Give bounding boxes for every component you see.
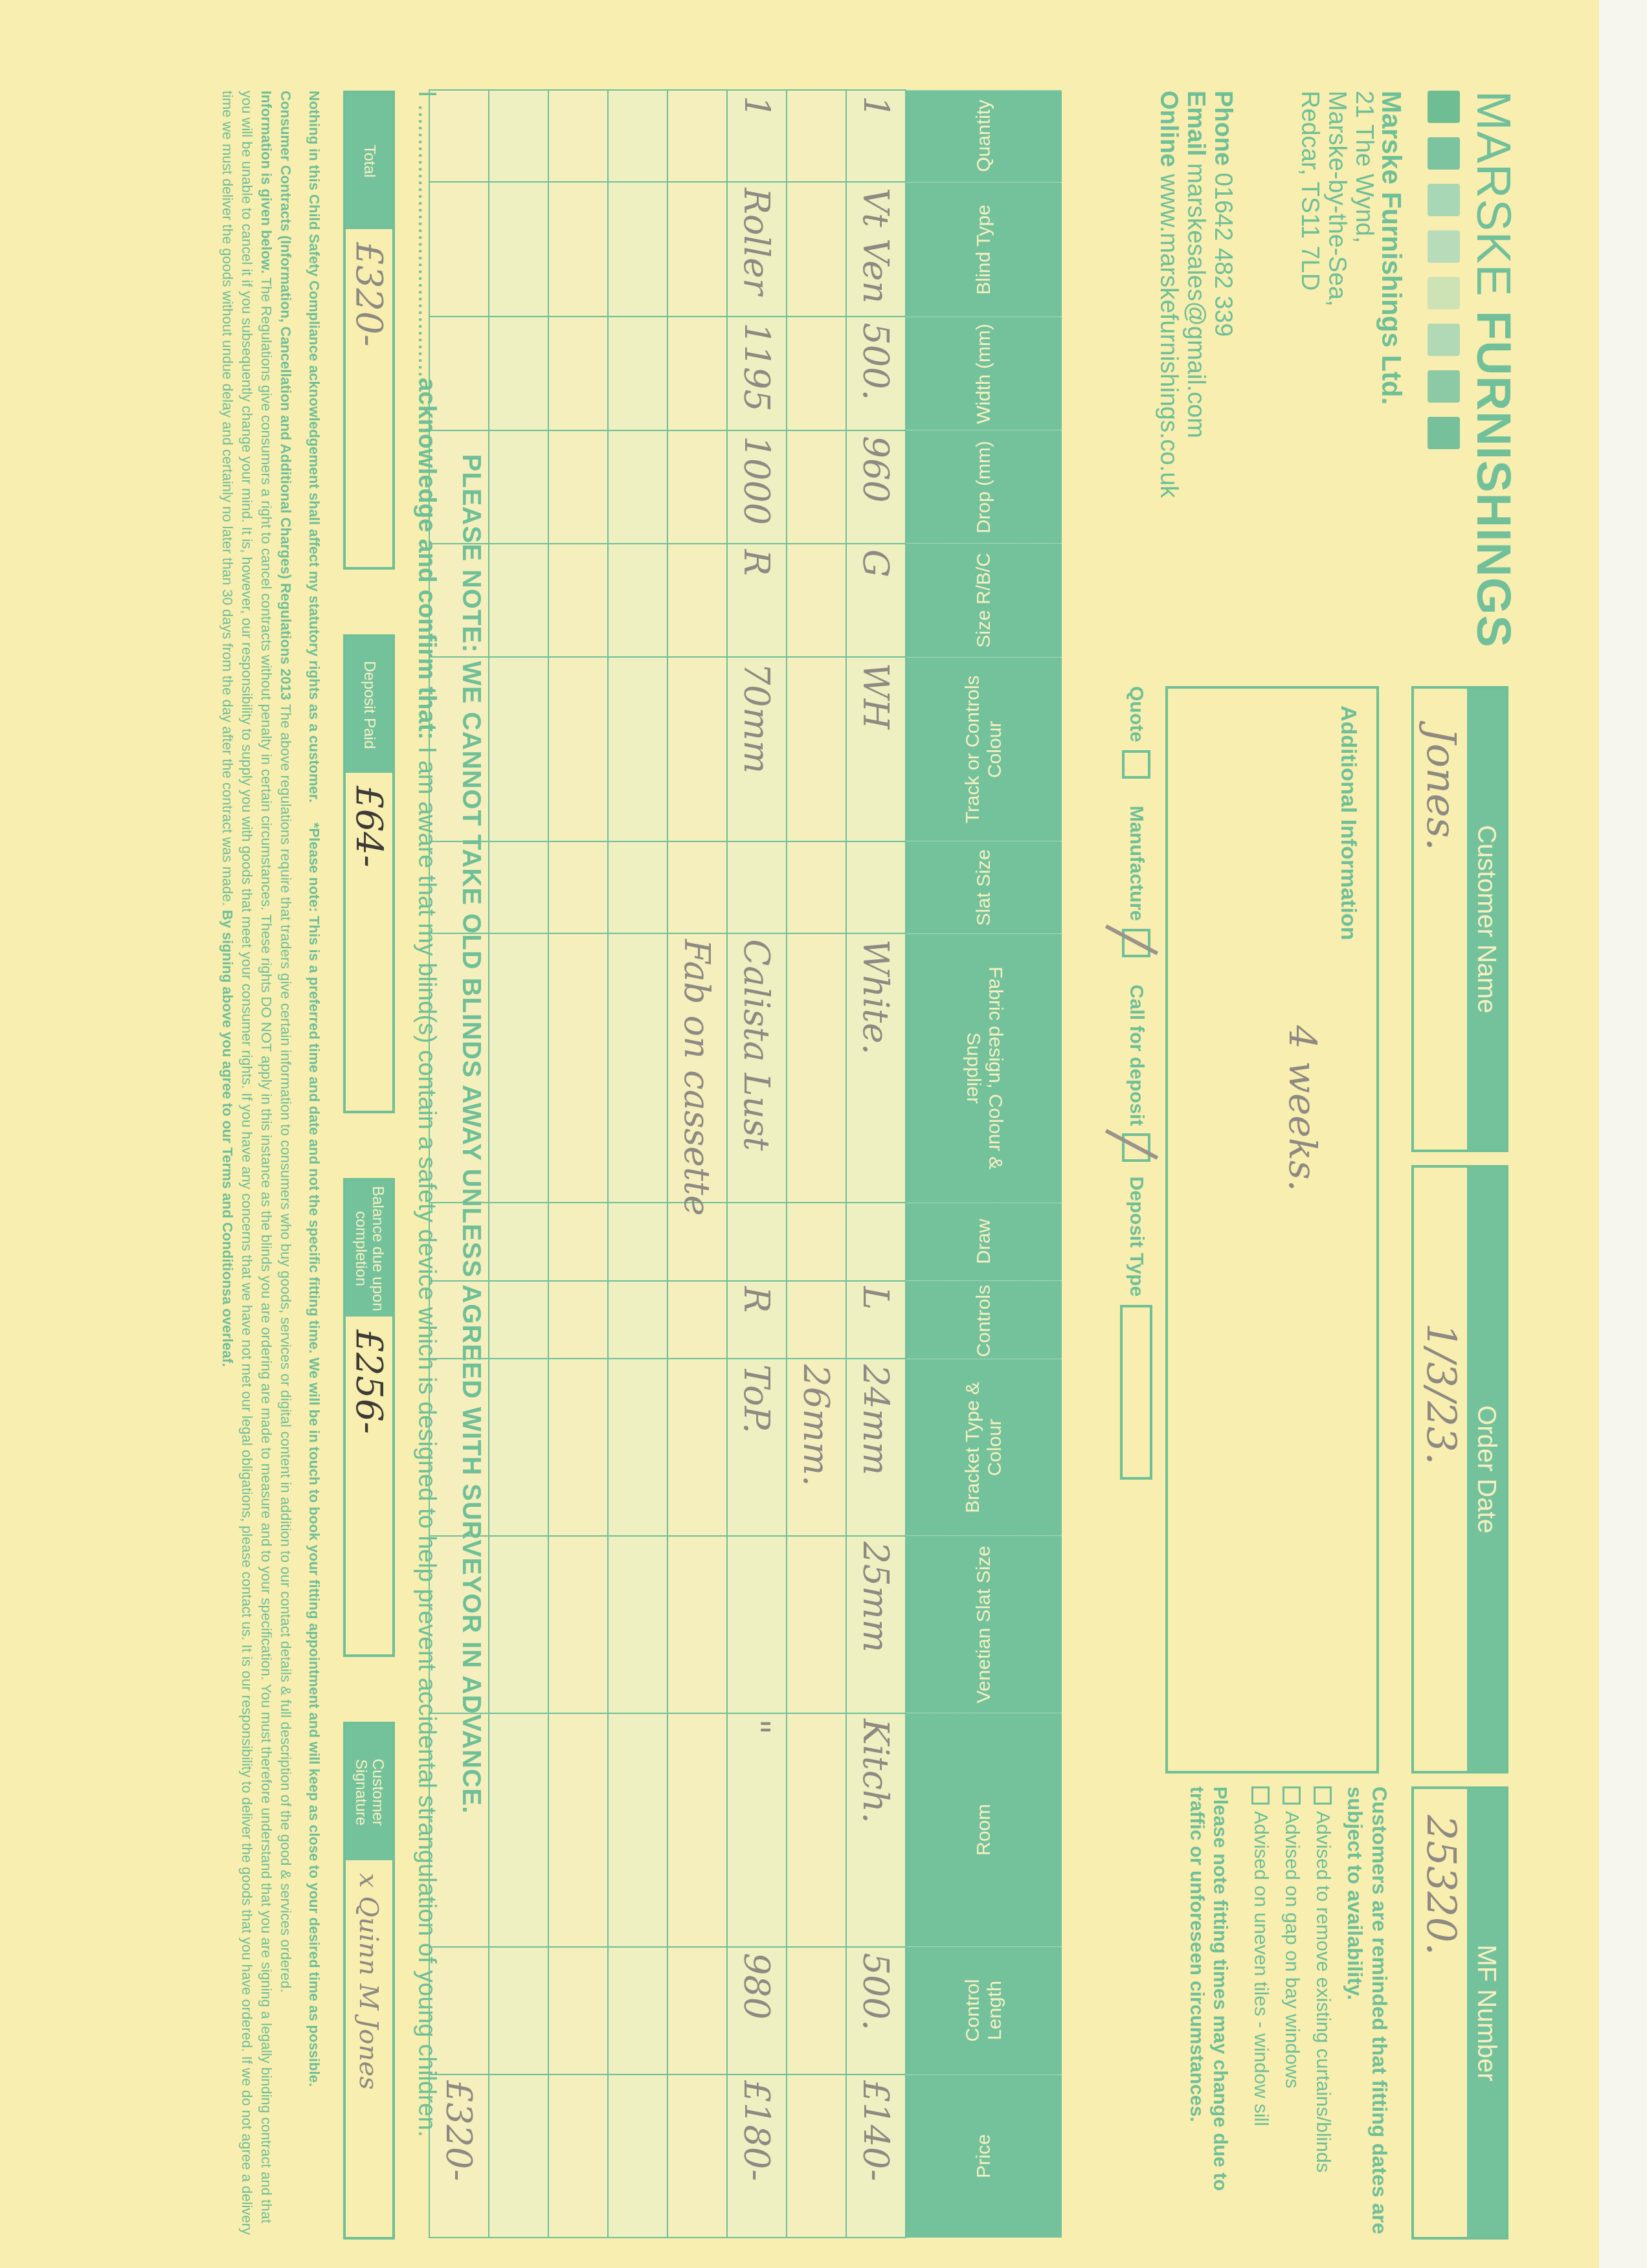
column-header-label: Price — [973, 2134, 995, 2178]
acknowledge-heading: acknowledge and confirm that: — [413, 377, 440, 740]
table-cell[interactable] — [548, 2074, 608, 2238]
table-cell[interactable]: WH — [846, 657, 906, 841]
table-cell[interactable] — [667, 1713, 727, 1947]
customer-name-label: Customer Name — [1467, 689, 1506, 1150]
deposit-paid-field[interactable]: Deposit Paid £64- — [343, 634, 395, 1113]
information-heading: Information is given below. — [258, 91, 274, 274]
manufacture-label: Manufacture — [1125, 806, 1147, 921]
table-cell[interactable] — [608, 182, 667, 317]
table-cell[interactable] — [846, 1203, 906, 1280]
call-for-deposit-label: Call for deposit — [1125, 984, 1147, 1126]
table-cell[interactable]: 25mm — [846, 1536, 906, 1713]
column-header: Price — [906, 2074, 1062, 2238]
table-cell[interactable]: 1 — [727, 90, 787, 182]
table-cell[interactable]: £180- — [727, 2074, 787, 2238]
table-cell[interactable] — [548, 1281, 608, 1359]
table-cell[interactable]: Fab on cassette — [667, 933, 727, 1203]
manufacture-checkbox[interactable] — [1122, 929, 1150, 957]
address-line: Marske-by-the-Sea, — [1323, 91, 1350, 405]
table-cell[interactable] — [608, 430, 667, 544]
swirl-swatch-icon — [1428, 417, 1460, 449]
order-date-value: 1/3/23. — [1415, 1168, 1467, 1771]
table-cell[interactable]: Calista Lust — [727, 933, 787, 1203]
column-header: Venetian Slat Size — [906, 1536, 1062, 1713]
table-cell[interactable]: R — [727, 544, 787, 657]
column-header-label: Track or Controls Colour — [962, 661, 1006, 838]
order-form: MARSKE FURNISHINGS Marske Furnishings Lt… — [0, 0, 1599, 2268]
table-body: 1Vt Ven500.960GWHWhite.L24mm25mmKitch.50… — [429, 90, 906, 2238]
regulations-title: Consumer Contracts (Information, Cancell… — [278, 91, 294, 700]
column-header: Control Length — [906, 1947, 1062, 2074]
quote-checkbox[interactable] — [1122, 750, 1150, 779]
advice-item[interactable]: Advised on uneven tiles - window sill — [1249, 1786, 1272, 2240]
table-cell[interactable]: 26mm. — [787, 1359, 846, 1536]
table-cell[interactable] — [727, 1536, 787, 1713]
fitting-times-note: Please note fitting times may change due… — [1185, 1786, 1231, 2240]
table-cell[interactable] — [489, 1281, 548, 1359]
table-cell[interactable] — [667, 1536, 727, 1713]
table-cell[interactable] — [548, 430, 608, 544]
quote-label: Quote — [1125, 686, 1147, 742]
column-header-label: Venetian Slat Size — [973, 1546, 995, 1704]
order-status-checks: Quote Manufacture Call for deposit Depos… — [1120, 686, 1152, 1480]
table-cell[interactable] — [787, 1203, 846, 1280]
table-cell[interactable] — [846, 841, 906, 933]
column-header-label: Size R/B/C — [973, 553, 995, 648]
fabric-swatch-icon — [1428, 324, 1460, 356]
call-for-deposit-checkbox[interactable] — [1122, 1133, 1150, 1162]
table-cell[interactable] — [787, 1281, 846, 1359]
table-cell[interactable] — [787, 1536, 846, 1713]
column-header-label: Bracket Type & Colour — [962, 1363, 1006, 1532]
customer-signature-value: x Quinn M Jones — [346, 1860, 392, 2237]
table-cell[interactable] — [489, 1947, 548, 2074]
mf-number-value: 25320. — [1415, 1789, 1467, 2237]
regulations-text: The above regulations require that trade… — [278, 704, 294, 1992]
table-cell[interactable] — [548, 933, 608, 1203]
table-cell[interactable]: 500. — [846, 317, 906, 430]
column-header-label: Controls — [973, 1285, 995, 1357]
advice-item[interactable]: Advised to remove existing curtains/blin… — [1312, 1786, 1334, 2240]
table-cell[interactable] — [489, 1713, 548, 1947]
table-cell[interactable] — [787, 657, 846, 841]
table-cell[interactable] — [667, 2074, 727, 2238]
fabric-swatch-icon — [1428, 137, 1460, 170]
table-cell[interactable] — [608, 1281, 667, 1359]
table-cell[interactable] — [489, 1536, 548, 1713]
table-row — [489, 90, 548, 2238]
advice-checkbox[interactable] — [1283, 1786, 1301, 1805]
acknowledge-text: I am aware that my blind(s) contain a sa… — [413, 747, 440, 2137]
deposit-paid-value: £64- — [346, 773, 392, 1111]
column-header: Fabric design, Colour & Supplier — [906, 933, 1062, 1203]
table-cell[interactable] — [667, 182, 727, 317]
table-cell[interactable] — [548, 90, 608, 182]
phone-number: 01642 482 339 — [1209, 173, 1237, 337]
table-cell[interactable] — [787, 182, 846, 317]
deposit-paid-label: Deposit Paid — [346, 637, 392, 773]
table-cell[interactable] — [667, 430, 727, 544]
fabric-swatches — [1428, 91, 1460, 449]
table-cell[interactable] — [489, 1359, 548, 1536]
table-cell[interactable] — [608, 1359, 667, 1536]
acknowledge-name-line[interactable]: I ......................................… — [413, 91, 440, 377]
table-cell[interactable]: 70mm — [727, 657, 787, 841]
table-cell[interactable]: 960 — [846, 430, 906, 544]
table-cell[interactable] — [608, 90, 667, 182]
online-label: Online — [1155, 91, 1182, 167]
table-cell[interactable] — [489, 182, 548, 317]
fitting-time-note: *Please note: This is a preferred time a… — [306, 823, 322, 2087]
column-header-label: Width (mm) — [973, 324, 995, 424]
fabric-swatch-icon — [1428, 184, 1460, 216]
table-cell[interactable] — [608, 1203, 667, 1280]
email-address: marskesales@gmail.com — [1182, 163, 1209, 438]
table-cell[interactable]: G — [846, 544, 906, 657]
table-cell[interactable] — [548, 182, 608, 317]
table-cell[interactable] — [787, 1947, 846, 2074]
company-address: Marske Furnishings Ltd. 21 The Wynd, Mar… — [1296, 91, 1405, 405]
table-cell[interactable] — [667, 841, 727, 933]
table-cell[interactable] — [787, 2074, 846, 2238]
total-field[interactable]: Total £320- — [343, 91, 395, 570]
table-cell[interactable] — [667, 1947, 727, 2074]
logo: MARSKE FURNISHINGS — [1466, 91, 1521, 648]
column-header: Quantity — [906, 90, 1062, 182]
table-cell[interactable] — [548, 1203, 608, 1280]
column-header: Controls — [906, 1281, 1062, 1359]
table-cell[interactable] — [489, 430, 548, 544]
logo-light-text: MARSKE — [1467, 91, 1521, 297]
column-header-label: Drop (mm) — [973, 441, 995, 533]
table-cell[interactable]: L — [846, 1281, 906, 1359]
advice-label: Advised on gap on bay windows — [1281, 1811, 1303, 2089]
table-header: QuantityBlind TypeWidth (mm)Drop (mm)Siz… — [906, 90, 1062, 2238]
column-header-label: Room — [973, 1804, 995, 1856]
table-cell[interactable] — [608, 2074, 667, 2238]
table-cell[interactable] — [489, 2074, 548, 2238]
table-cell[interactable] — [548, 1536, 608, 1713]
fabric-swatch-icon — [1428, 91, 1460, 123]
table-cell[interactable] — [667, 1359, 727, 1536]
column-header: Room — [906, 1713, 1062, 1947]
table-cell[interactable] — [787, 1713, 846, 1947]
table-cell[interactable]: Vt Ven — [846, 182, 906, 317]
table-cell[interactable] — [608, 933, 667, 1203]
column-header: Blind Type — [906, 182, 1062, 317]
column-header: Width (mm) — [906, 317, 1062, 430]
table-cell[interactable] — [489, 544, 548, 657]
table-cell[interactable] — [787, 430, 846, 544]
advice-label: Advised on uneven tiles - window sill — [1249, 1811, 1272, 2126]
table-cell[interactable] — [548, 657, 608, 841]
deposit-type-label: Deposit Type — [1125, 1176, 1147, 1296]
advice-label: Advised to remove existing curtains/blin… — [1312, 1811, 1334, 2173]
table-cell[interactable] — [727, 841, 787, 933]
table-cell[interactable] — [608, 1536, 667, 1713]
table-cell[interactable]: £140- — [846, 2074, 906, 2238]
column-header: Drop (mm) — [906, 430, 1062, 544]
advice-checkbox[interactable] — [1314, 1786, 1332, 1805]
fabric-swatch-icon — [1428, 277, 1460, 309]
table-cell[interactable]: 980 — [727, 1947, 787, 2074]
address-line: 21 The Wynd, — [1350, 91, 1378, 405]
address-line: Redcar, TS11 7LD — [1296, 91, 1323, 405]
additional-information-label: Additional Information — [1336, 706, 1361, 1771]
terms-fine-print: Nothing in this Child Safety Compliance … — [218, 91, 324, 2240]
table-cell[interactable] — [787, 317, 846, 430]
table-cell[interactable] — [489, 317, 548, 430]
order-items-table: QuantityBlind TypeWidth (mm)Drop (mm)Siz… — [429, 89, 1062, 2238]
terms-agreement: By signing above you agree to our Terms … — [219, 910, 236, 1367]
table-row — [548, 90, 608, 2238]
table-cell[interactable] — [787, 90, 846, 182]
table-cell[interactable] — [489, 841, 548, 933]
fabric-swatch-icon — [1428, 370, 1460, 403]
fitting-notes: Customers are reminded that fitting date… — [1185, 1786, 1392, 2240]
order-date-label: Order Date — [1467, 1168, 1506, 1771]
additional-information-box[interactable]: Additional Information 4 weeks. — [1165, 686, 1379, 1773]
table-cell[interactable] — [489, 933, 548, 1203]
table-row: Fab on cassette — [667, 90, 727, 2238]
additional-information-value: 4 weeks. — [1281, 1025, 1325, 1192]
table-row: 26mm. — [787, 90, 846, 2238]
table-cell[interactable] — [787, 933, 846, 1203]
table-cell[interactable] — [787, 544, 846, 657]
table-cell[interactable] — [667, 317, 727, 430]
column-header-label: Blind Type — [973, 205, 995, 295]
email-label: Email — [1182, 91, 1209, 156]
customer-name-value: Jones. — [1415, 689, 1467, 1150]
customer-signature-label: Customer Signature — [346, 1724, 392, 1860]
table-cell[interactable] — [727, 1203, 787, 1280]
table-cell[interactable] — [608, 317, 667, 430]
table-cell[interactable] — [667, 657, 727, 841]
column-header-label: Slat Size — [973, 849, 995, 926]
table-cell[interactable] — [608, 657, 667, 841]
advice-item[interactable]: Advised on gap on bay windows — [1281, 1786, 1303, 2240]
column-header-label: Draw — [973, 1219, 995, 1264]
table-cell[interactable] — [608, 1713, 667, 1947]
please-note-banner: PLEASE NOTE: WE CANNOT TAKE OLD BLINDS A… — [456, 0, 486, 2268]
fabric-swatch-icon — [1428, 230, 1460, 263]
table-cell[interactable] — [548, 317, 608, 430]
column-header-label: Control Length — [962, 1951, 1006, 2070]
mf-number-field[interactable]: MF Number 25320. — [1411, 1786, 1508, 2240]
table-cell[interactable] — [608, 1947, 667, 2074]
table-cell[interactable]: 24mm — [846, 1359, 906, 1536]
table-cell[interactable] — [548, 1713, 608, 1947]
table-cell[interactable]: Roller — [727, 182, 787, 317]
balance-due-value: £256- — [346, 1317, 392, 1654]
table-cell[interactable] — [489, 90, 548, 182]
mf-number-label: MF Number — [1467, 1789, 1506, 2237]
statutory-rights-note: Nothing in this Child Safety Compliance … — [306, 91, 322, 803]
table-row: 1Roller11951000R70mmCalista LustRToP."98… — [727, 90, 787, 2238]
column-header: Size R/B/C — [906, 544, 1062, 657]
total-label: Total — [346, 93, 392, 229]
table-cell[interactable]: Kitch. — [846, 1713, 906, 1947]
safety-acknowledgement: I ......................................… — [412, 91, 440, 2137]
scanned-page: MARSKE FURNISHINGS Marske Furnishings Lt… — [0, 0, 1599, 2268]
table-cell[interactable] — [489, 1203, 548, 1280]
table-cell[interactable] — [489, 657, 548, 841]
table-cell[interactable] — [548, 544, 608, 657]
contact-details: Phone 01642 482 339 Email marskesales@gm… — [1155, 91, 1237, 498]
balance-due-label: Balance due upon completion — [346, 1181, 392, 1317]
customer-signature-field[interactable]: Customer Signature x Quinn M Jones — [343, 1722, 395, 2240]
column-header-label: Fabric design, Colour & Supplier — [962, 938, 1006, 1199]
table-cell[interactable] — [608, 544, 667, 657]
table-cell[interactable] — [667, 90, 727, 182]
table-cell[interactable]: 500. — [846, 1947, 906, 2074]
table-row: 1Vt Ven500.960GWHWhite.L24mm25mmKitch.50… — [846, 90, 906, 2238]
table-cell[interactable] — [667, 544, 727, 657]
total-value: £320- — [346, 229, 392, 567]
column-header: Track or Controls Colour — [906, 657, 1062, 841]
table-cell[interactable] — [548, 1359, 608, 1536]
deposit-type-field[interactable] — [1120, 1305, 1152, 1480]
table-cell[interactable] — [787, 841, 846, 933]
table-cell[interactable]: ToP. — [727, 1359, 787, 1536]
table-cell[interactable] — [608, 841, 667, 933]
logo-bold-text: FURNISHINGS — [1467, 311, 1521, 648]
table-cell[interactable]: 1000 — [727, 430, 787, 544]
table-cell[interactable]: White. — [846, 933, 906, 1203]
column-header: Slat Size — [906, 841, 1062, 933]
table-cell[interactable] — [548, 1947, 608, 2074]
column-header: Draw — [906, 1203, 1062, 1280]
order-date-field[interactable]: Order Date 1/3/23. — [1411, 1165, 1508, 1773]
phone-label: Phone — [1209, 91, 1237, 166]
table-cell[interactable]: 1 — [846, 90, 906, 182]
fitting-reminder: Customers are reminded that fitting date… — [1343, 1786, 1392, 2240]
column-header: Bracket Type & Colour — [906, 1359, 1062, 1536]
balance-due-field[interactable]: Balance due upon completion £256- — [343, 1178, 395, 1657]
customer-name-field[interactable]: Customer Name Jones. — [1411, 686, 1508, 1152]
table-cell[interactable] — [548, 841, 608, 933]
company-name: Marske Furnishings Ltd. — [1378, 91, 1405, 405]
advice-checkbox[interactable] — [1251, 1786, 1270, 1805]
table-row — [608, 90, 667, 2238]
table-cell[interactable]: 1195 — [727, 317, 787, 430]
table-cell[interactable] — [667, 1281, 727, 1359]
table-cell[interactable]: " — [727, 1713, 787, 1947]
column-header-label: Quantity — [973, 100, 995, 172]
table-cell[interactable]: R — [727, 1281, 787, 1359]
website: www.marskefurnishings.co.uk — [1155, 174, 1182, 498]
